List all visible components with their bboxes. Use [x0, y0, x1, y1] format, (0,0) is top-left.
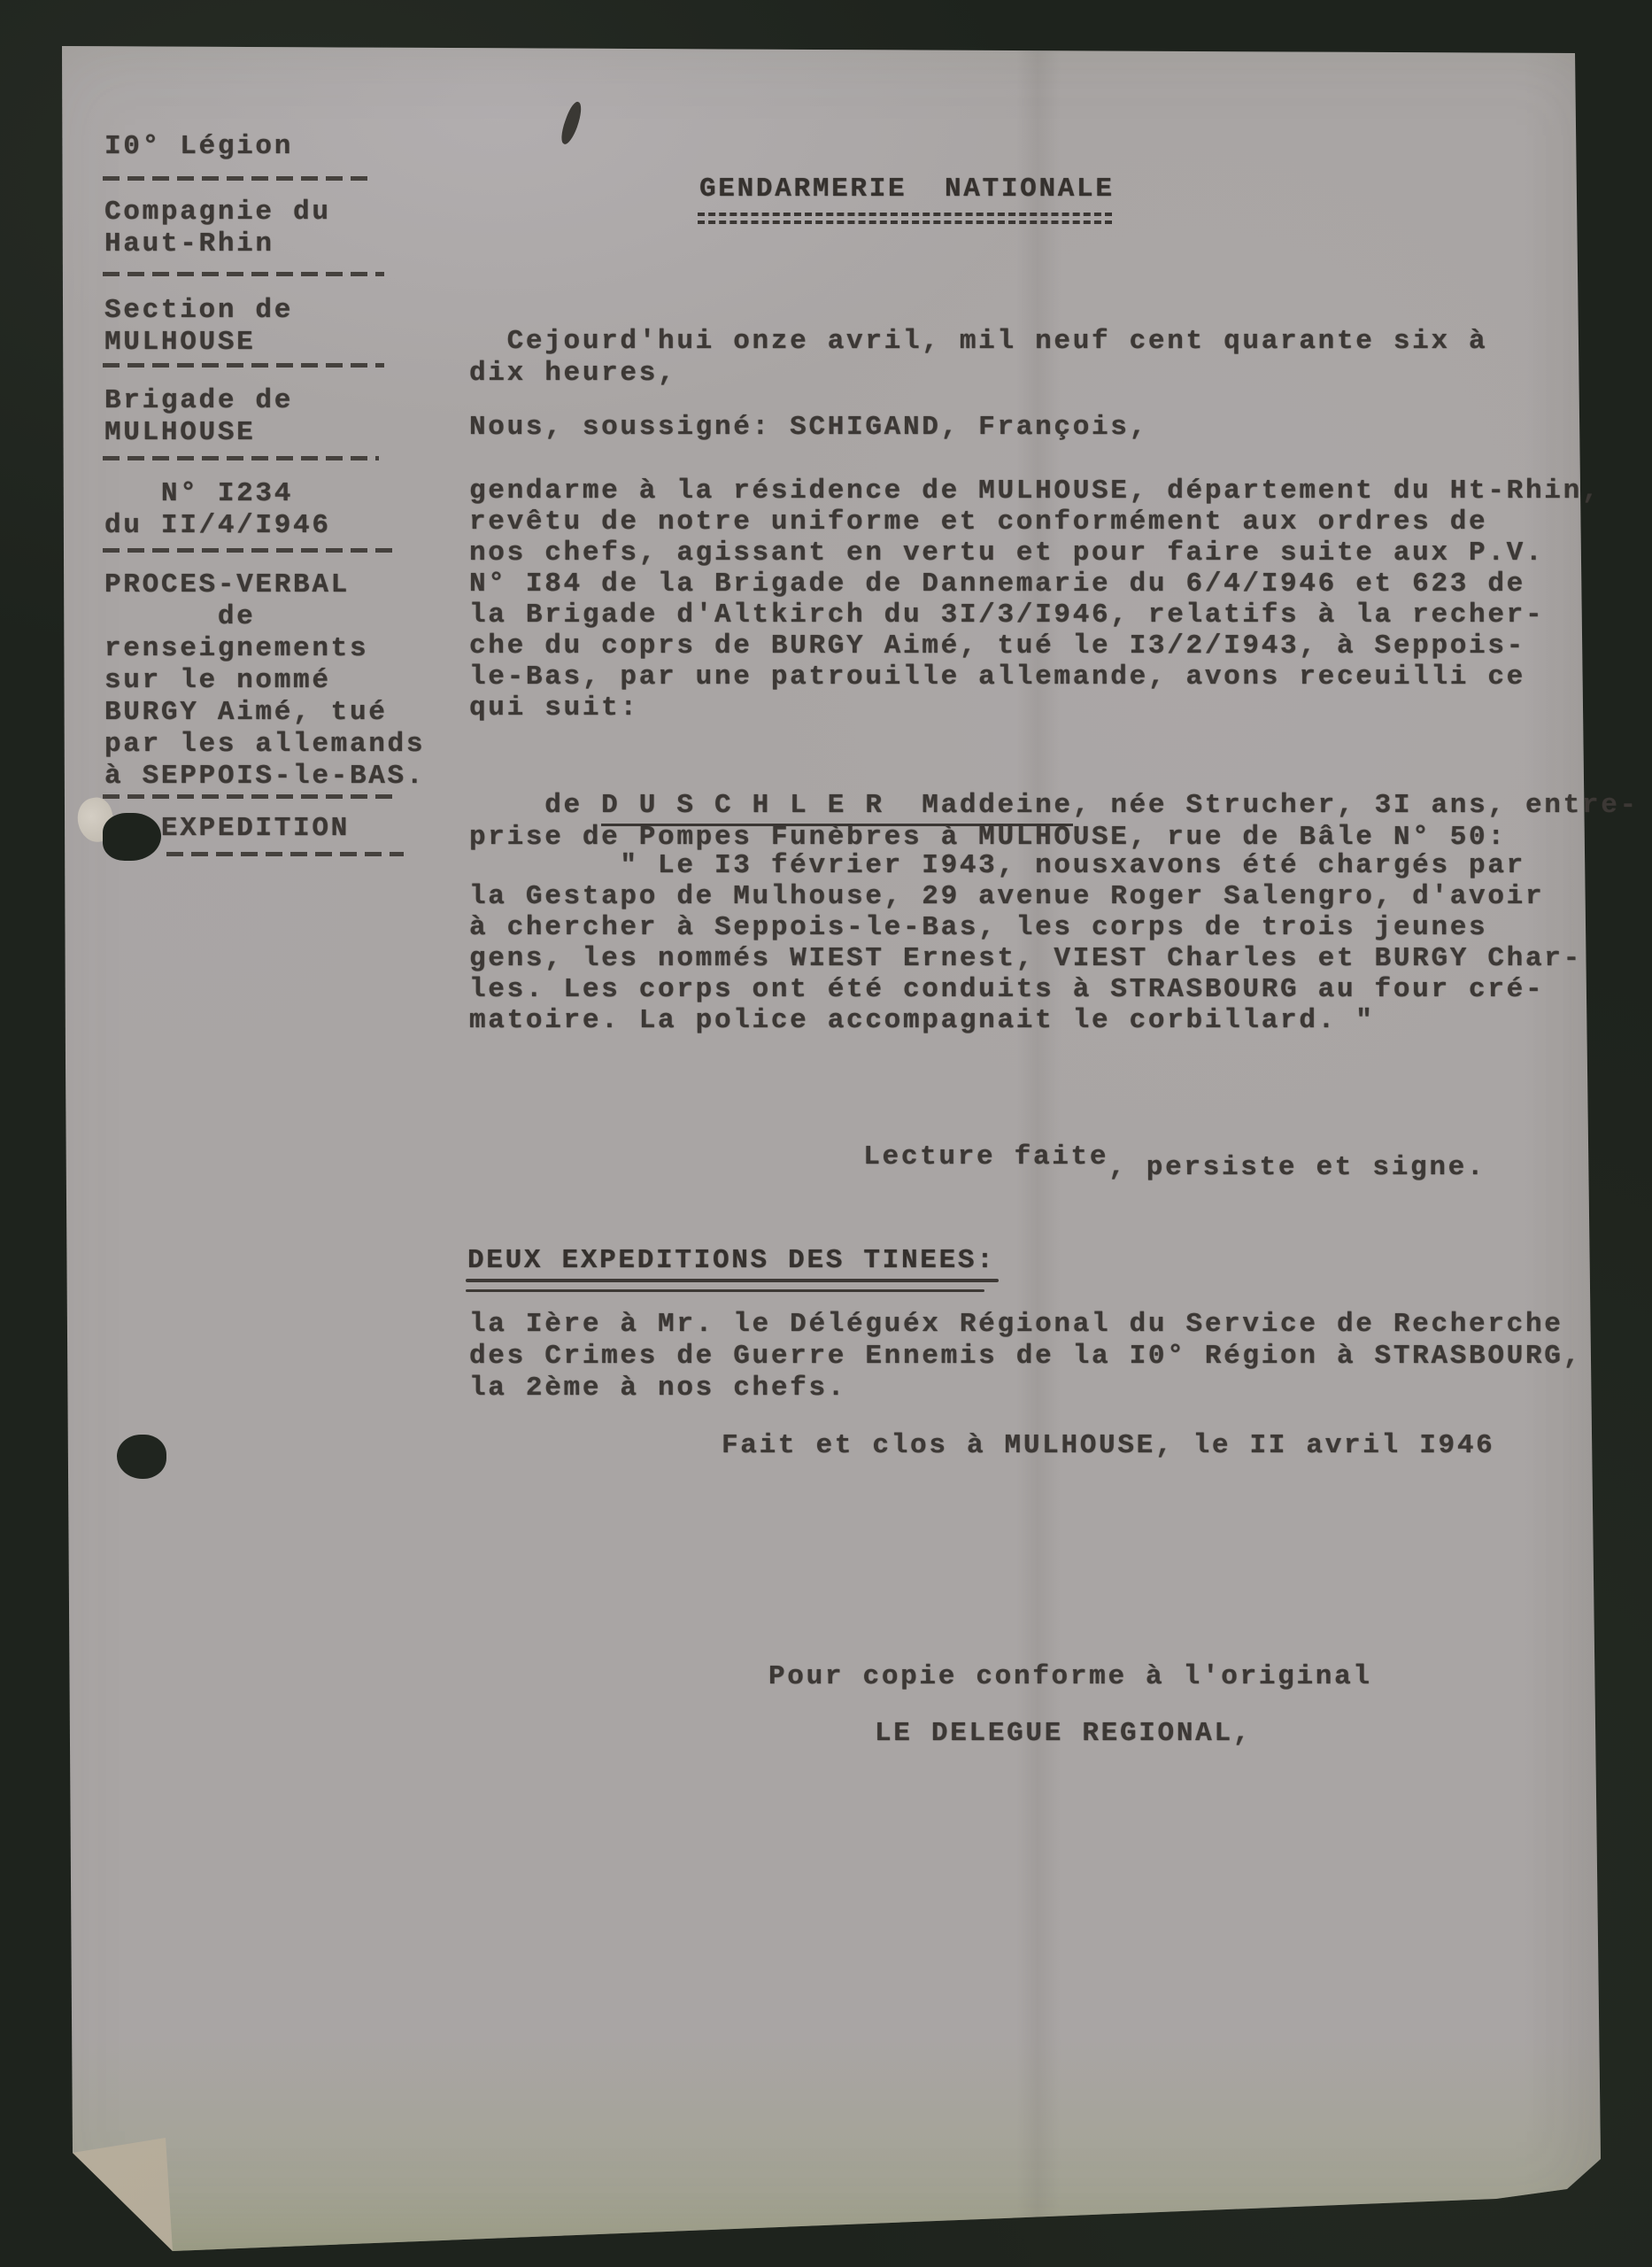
- sidebar-section: Section de MULHOUSE: [104, 295, 293, 359]
- witness-intro: de: [544, 790, 601, 821]
- signature-title: LE DELEGUE REGIONAL,: [875, 1718, 1252, 1750]
- sidebar-separator: [166, 852, 404, 856]
- paragraph-undersigned: Nous, soussigné: SCHIGAND, François,: [469, 412, 1148, 444]
- lecture-part1: Lecture faite: [863, 1141, 1108, 1172]
- sidebar-separator: [103, 363, 384, 368]
- punch-hole-bottom: [117, 1435, 166, 1479]
- sidebar-separator: [103, 456, 379, 460]
- title-underline: [698, 213, 1112, 224]
- copy-conforme-note: Pour copie conforme à l'original: [768, 1661, 1372, 1693]
- sidebar-proces-verbal-subject: PROCES-VERBAL de renseignements sur le n…: [104, 569, 425, 793]
- sidebar-compagnie: Compagnie du Haut-Rhin: [104, 197, 331, 260]
- expeditions-heading: DEUX EXPEDITIONS DES TINEES:: [467, 1245, 996, 1277]
- sidebar-separator: [103, 272, 384, 276]
- scan-background: GENDARMERIE NATIONALE I0° Légion Compagn…: [0, 0, 1652, 2267]
- sidebar-legion: I0° Légion: [104, 131, 293, 163]
- sidebar-separator: [103, 548, 395, 553]
- document-title: GENDARMERIE NATIONALE: [699, 174, 1115, 205]
- expeditions-underline-2: [466, 1289, 984, 1292]
- sidebar-reference-number: N° I234 du II/4/I946: [104, 478, 331, 542]
- paragraph-lecture-faite: Lecture faite, persiste et signe.: [788, 1110, 1486, 1205]
- paragraph-preamble: gendarme à la résidence de MULHOUSE, dép…: [469, 476, 1601, 723]
- expeditions-underline-1: [466, 1279, 999, 1282]
- sidebar-separator: [103, 794, 398, 799]
- paragraph-closing: Fait et clos à MULHOUSE, le II avril I94…: [722, 1430, 1494, 1462]
- lecture-part2: , persiste et signe.: [1108, 1152, 1486, 1183]
- paragraph-opening-date: Cejourd'hui onze avril, mil neuf cent qu…: [469, 326, 1487, 390]
- sidebar-brigade: Brigade de MULHOUSE: [104, 385, 293, 449]
- paragraph-expeditions-detail: la Ière à Mr. le Déléguéx Régional du Se…: [469, 1309, 1582, 1404]
- sidebar-separator: [103, 176, 368, 181]
- witness-name-underlined: D U S C H L E R Maddeine: [601, 790, 1073, 826]
- paragraph-statement-quote: " Le I3 février I943, nousxavons été cha…: [469, 850, 1582, 1036]
